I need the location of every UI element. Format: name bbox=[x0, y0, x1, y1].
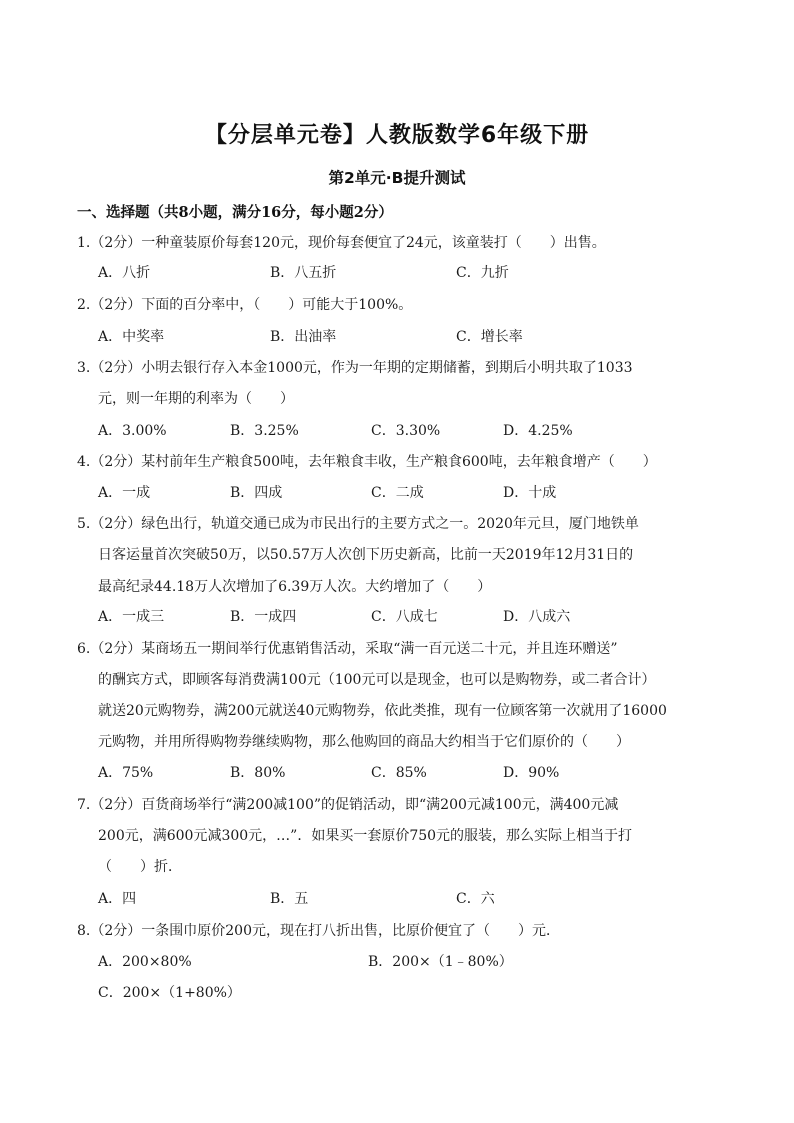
options-row: A．200×80% B．200×（1﹣80%） bbox=[98, 952, 758, 972]
option-a[interactable]: A．3.00% bbox=[98, 421, 167, 441]
question-text: 3.（2分）小明去银行存入本金1000元，作为一年期的定期储蓄，到期后小明共取了… bbox=[77, 358, 633, 378]
question-text: 5.（2分）绿色出行，轨道交通已成为市民出行的主要方式之一。2020年元旦，厦门… bbox=[77, 514, 639, 534]
options-row: C．200×（1+80%） bbox=[98, 983, 758, 1003]
option-b[interactable]: B．八五折 bbox=[270, 263, 336, 283]
option-b[interactable]: B．出油率 bbox=[270, 327, 336, 347]
option-b[interactable]: B．80% bbox=[230, 763, 285, 783]
option-d[interactable]: D．4.25% bbox=[503, 421, 573, 441]
option-a[interactable]: A．一成 bbox=[98, 483, 150, 503]
option-b[interactable]: B．200×（1﹣80%） bbox=[368, 952, 513, 972]
option-c[interactable]: C．3.30% bbox=[371, 421, 440, 441]
option-c[interactable]: C．二成 bbox=[371, 483, 424, 503]
options-row: A．一成三 B．一成四 C．八成七 D．八成六 bbox=[98, 607, 758, 627]
question-text: 7.（2分）百货商场举行“满200减100”的促销活动，即“满200元减100元… bbox=[77, 795, 618, 815]
option-a[interactable]: A．75% bbox=[98, 763, 153, 783]
document-subtitle: 第2单元·B提升测试 bbox=[0, 166, 794, 188]
option-c[interactable]: C．八成七 bbox=[371, 607, 438, 627]
option-b[interactable]: B．一成四 bbox=[230, 607, 296, 627]
option-c[interactable]: C．九折 bbox=[456, 263, 509, 283]
options-row: A．四 B．五 C．六 bbox=[98, 889, 758, 909]
option-a[interactable]: A．四 bbox=[98, 889, 136, 909]
option-b[interactable]: B．四成 bbox=[230, 483, 282, 503]
question-text-continued: 日客运量首次突破50万，以50.57万人次创下历史新高，比前一天2019年12月… bbox=[98, 545, 633, 565]
option-c[interactable]: C．200×（1+80%） bbox=[98, 983, 241, 1003]
question-text-continued: （ ）折． bbox=[98, 857, 182, 877]
question-text: 4.（2分）某村前年生产粮食500吨，去年粮食丰收，生产粮食600吨，去年粮食增… bbox=[77, 452, 657, 472]
question-text: 6.（2分）某商场五一期间举行优惠销售活动，采取“满一百元送二十元，并且连环赠送… bbox=[77, 639, 618, 659]
option-b[interactable]: B．五 bbox=[270, 889, 308, 909]
question-text-continued: 200元，满600元减300元，…”．如果买一套原价750元的服装，那么实际上相… bbox=[98, 826, 632, 846]
option-d[interactable]: D．八成六 bbox=[503, 607, 570, 627]
option-a[interactable]: A．200×80% bbox=[98, 952, 192, 972]
options-row: A．八折 B．八五折 C．九折 bbox=[98, 263, 758, 283]
option-c[interactable]: C．增长率 bbox=[456, 327, 523, 347]
option-a[interactable]: A．中奖率 bbox=[98, 327, 164, 347]
option-d[interactable]: D．十成 bbox=[503, 483, 556, 503]
question-text-continued: 元，则一年期的利率为（ ） bbox=[98, 389, 294, 409]
options-row: A．中奖率 B．出油率 C．增长率 bbox=[98, 327, 758, 347]
options-row: A．一成 B．四成 C．二成 D．十成 bbox=[98, 483, 758, 503]
question-text-continued: 就送20元购物券，满200元就送40元购物券，依此类推，现有一位顾客第一次就用了… bbox=[98, 701, 667, 721]
option-b[interactable]: B．3.25% bbox=[230, 421, 299, 441]
question-text-continued: 的酬宾方式，即顾客每消费满100元（100元可以是现金，也可以是购物券，或二者合… bbox=[98, 670, 655, 690]
exam-page: 【分层单元卷】人教版数学6年级下册 第2单元·B提升测试 一、选择题（共8小题，… bbox=[0, 0, 794, 1123]
question-text-continued: 元购物，并用所得购物券继续购物，那么他购回的商品大约相当于它们原价的（ ） bbox=[98, 732, 630, 752]
option-a[interactable]: A．八折 bbox=[98, 263, 150, 283]
question-text-continued: 最高纪录44.18万人次增加了6.39万人次。大约增加了（ ） bbox=[98, 577, 491, 597]
section-heading: 一、选择题（共8小题，满分16分，每小题2分） bbox=[77, 201, 393, 222]
options-row: A．75% B．80% C．85% D．90% bbox=[98, 763, 758, 783]
option-c[interactable]: C．85% bbox=[371, 763, 427, 783]
options-row: A．3.00% B．3.25% C．3.30% D．4.25% bbox=[98, 421, 758, 441]
question-text: 1.（2分）一种童装原价每套120元，现价每套便宜了24元，该童装打（ ）出售。 bbox=[77, 233, 606, 253]
question-text: 8.（2分）一条围巾原价200元，现在打八折出售，比原价便宜了（ ）元． bbox=[77, 921, 560, 941]
document-title: 【分层单元卷】人教版数学6年级下册 bbox=[0, 118, 794, 149]
question-text: 2.（2分）下面的百分率中，（ ）可能大于100%。 bbox=[77, 295, 412, 315]
option-d[interactable]: D．90% bbox=[503, 763, 559, 783]
option-c[interactable]: C．六 bbox=[456, 889, 495, 909]
option-a[interactable]: A．一成三 bbox=[98, 607, 164, 627]
